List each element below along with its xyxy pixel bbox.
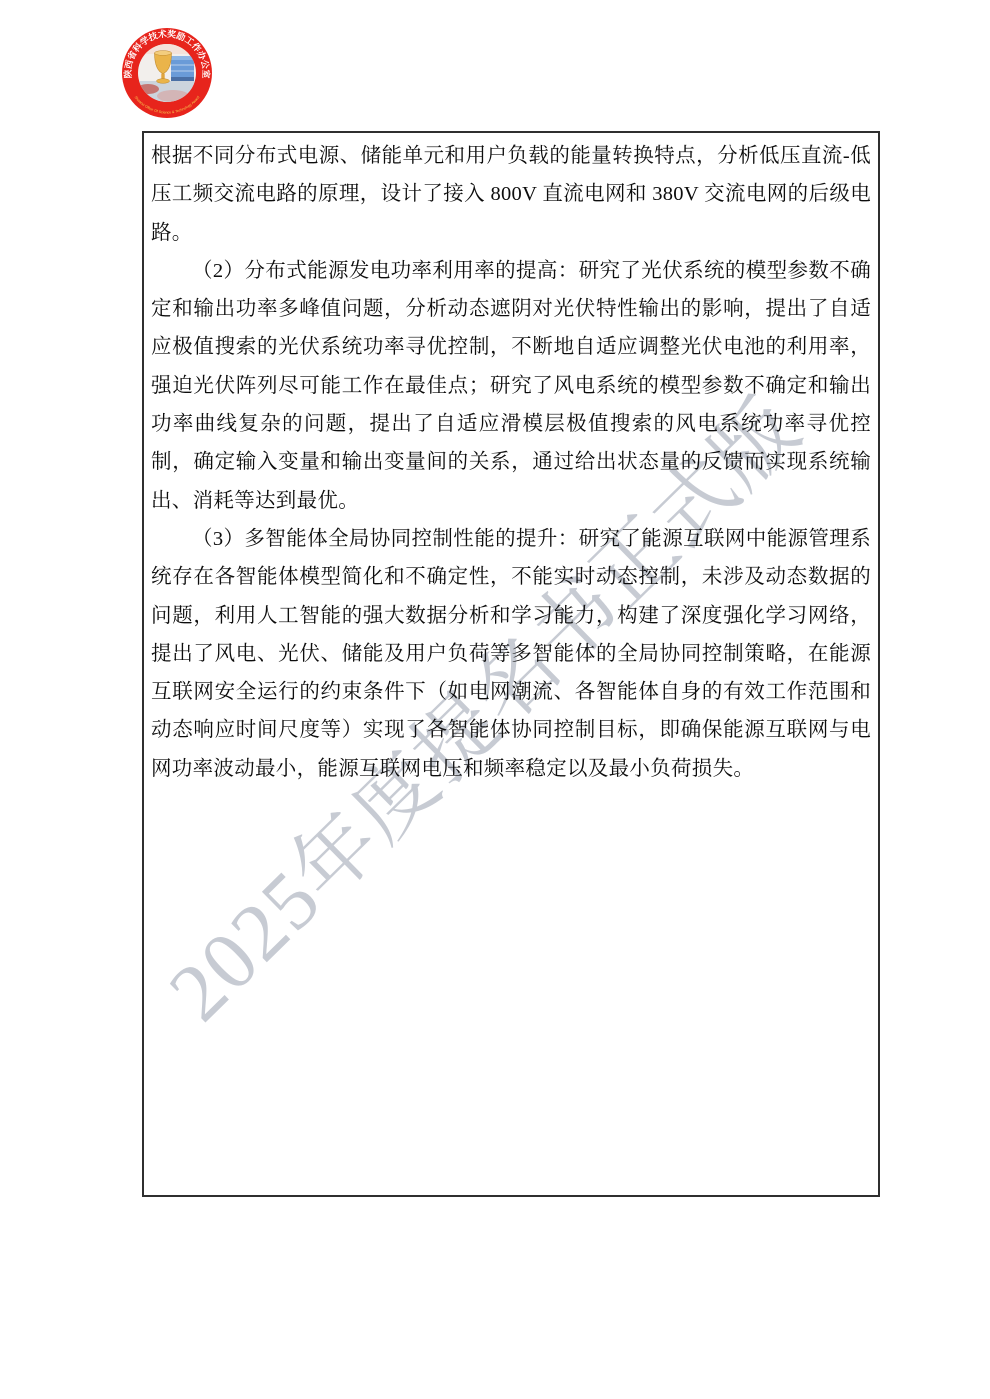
paragraph-item-2: （2）分布式能源发电功率利用率的提高：研究了光伏系统的模型参数不确定和输出功率多… bbox=[151, 252, 871, 520]
form-text-cell: 根据不同分布式电源、储能单元和用户负载的能量转换特点，分析低压直流-低压工频交流… bbox=[142, 131, 880, 1197]
paragraph-continued: 根据不同分布式电源、储能单元和用户负载的能量转换特点，分析低压直流-低压工频交流… bbox=[151, 137, 871, 252]
paragraph-item-3: （3）多智能体全局协同控制性能的提升：研究了能源互联网中能源管理系统存在各智能体… bbox=[151, 520, 871, 788]
document-page: 2025年度提名书正式版 bbox=[0, 0, 990, 1399]
official-seal: 陕西省科学技术奖励工作办公室 Shaanxi Office Of Science… bbox=[121, 27, 213, 119]
